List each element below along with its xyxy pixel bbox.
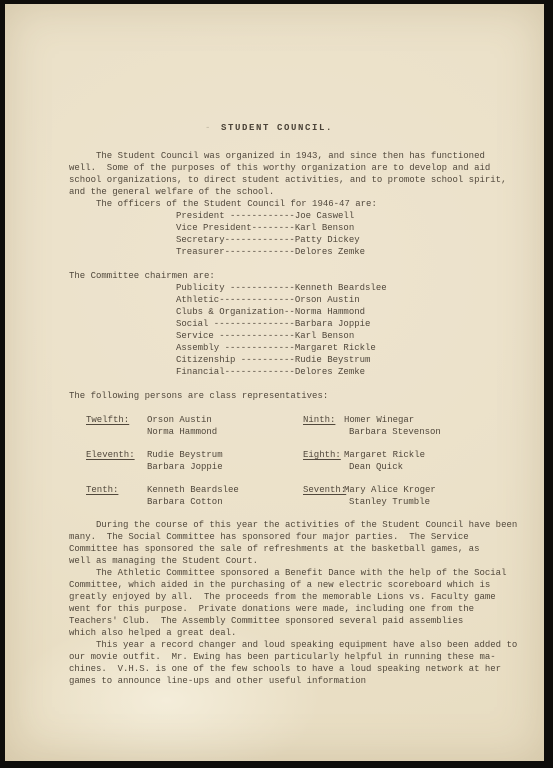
representative-name: Kenneth Beardslee: [147, 484, 239, 496]
grade-label-twelfth: Twelfth:: [86, 414, 129, 426]
activities-paragraph: During the course of this year the activ…: [69, 519, 529, 567]
scan-artifact-dash: -: [205, 123, 212, 133]
committee-row: Assembly -------------Margaret Rickle: [176, 342, 529, 354]
committee-row: Publicity ------------Kenneth Beardslee: [176, 282, 529, 294]
paper-sheet: -STUDENT COUNCIL. The Student Council wa…: [5, 4, 544, 761]
representatives-heading: The following persons are class represen…: [69, 390, 529, 402]
page-title-text: STUDENT COUNCIL.: [221, 123, 333, 133]
athletic-paragraph: The Athletic Committee sponsored a Benef…: [69, 567, 529, 639]
officer-row: President ------------Joe Caswell: [176, 210, 529, 222]
representative-name: Stanley Trumble: [349, 496, 436, 508]
committee-row: Financial-------------Delores Zemke: [176, 366, 529, 378]
committees-heading: The Committee chairmen are:: [69, 270, 529, 282]
representative-name: Dean Quick: [349, 461, 425, 473]
representative-name: Mary Alice Kroger: [344, 484, 436, 496]
grade-names: Orson Austin Norma Hammond: [147, 414, 217, 438]
committee-row: Social ---------------Barbara Joppie: [176, 318, 529, 330]
equipment-paragraph: This year a record changer and loud spea…: [69, 639, 529, 687]
representative-name: Homer Winegar: [344, 414, 441, 426]
representative-name: Barbara Stevenson: [349, 426, 441, 438]
grade-names: Rudie Beystrum Barbara Joppie: [147, 449, 223, 473]
representatives-table: Twelfth: Orson Austin Norma Hammond Nint…: [69, 414, 529, 508]
representative-name: Barbara Joppie: [147, 461, 223, 473]
representative-name: Norma Hammond: [147, 426, 217, 438]
grade-label-tenth: Tenth:: [86, 484, 118, 496]
representative-name: Orson Austin: [147, 414, 217, 426]
grade-names: Mary Alice Kroger Stanley Trumble: [344, 484, 436, 508]
officer-row: Vice President--------Karl Benson: [176, 222, 529, 234]
grade-label-seventh: Seventh:: [303, 484, 346, 496]
committee-row: Clubs & Organization--Norma Hammond: [176, 306, 529, 318]
body-paragraphs: During the course of this year the activ…: [69, 519, 529, 687]
grade-label-eleventh: Eleventh:: [86, 449, 135, 461]
representative-name: Barbara Cotton: [147, 496, 239, 508]
intro-paragraph: The Student Council was organized in 194…: [69, 150, 529, 210]
representative-name: Margaret Rickle: [344, 449, 425, 461]
grade-names: Kenneth Beardslee Barbara Cotton: [147, 484, 239, 508]
representatives-row: Twelfth: Orson Austin Norma Hammond Nint…: [69, 414, 529, 438]
committee-row: Service --------------Karl Benson: [176, 330, 529, 342]
representative-name: Rudie Beystrum: [147, 449, 223, 461]
officers-list: President ------------Joe Caswell Vice P…: [176, 210, 529, 258]
committee-row: Athletic--------------Orson Austin: [176, 294, 529, 306]
officer-row: Treasurer-------------Delores Zemke: [176, 246, 529, 258]
page-content: -STUDENT COUNCIL. The Student Council wa…: [69, 122, 529, 687]
representatives-row: Tenth: Kenneth Beardslee Barbara Cotton …: [69, 484, 529, 508]
grade-label-eighth: Eighth:: [303, 449, 341, 461]
page-title: -STUDENT COUNCIL.: [69, 122, 469, 134]
committee-row: Citizenship ----------Rudie Beystrum: [176, 354, 529, 366]
committees-list: Publicity ------------Kenneth Beardslee …: [176, 282, 529, 378]
representatives-row: Eleventh: Rudie Beystrum Barbara Joppie …: [69, 449, 529, 473]
officer-row: Secretary-------------Patty Dickey: [176, 234, 529, 246]
grade-names: Margaret Rickle Dean Quick: [344, 449, 425, 473]
grade-names: Homer Winegar Barbara Stevenson: [344, 414, 441, 438]
grade-label-ninth: Ninth:: [303, 414, 335, 426]
scanned-page: -STUDENT COUNCIL. The Student Council wa…: [0, 0, 553, 768]
